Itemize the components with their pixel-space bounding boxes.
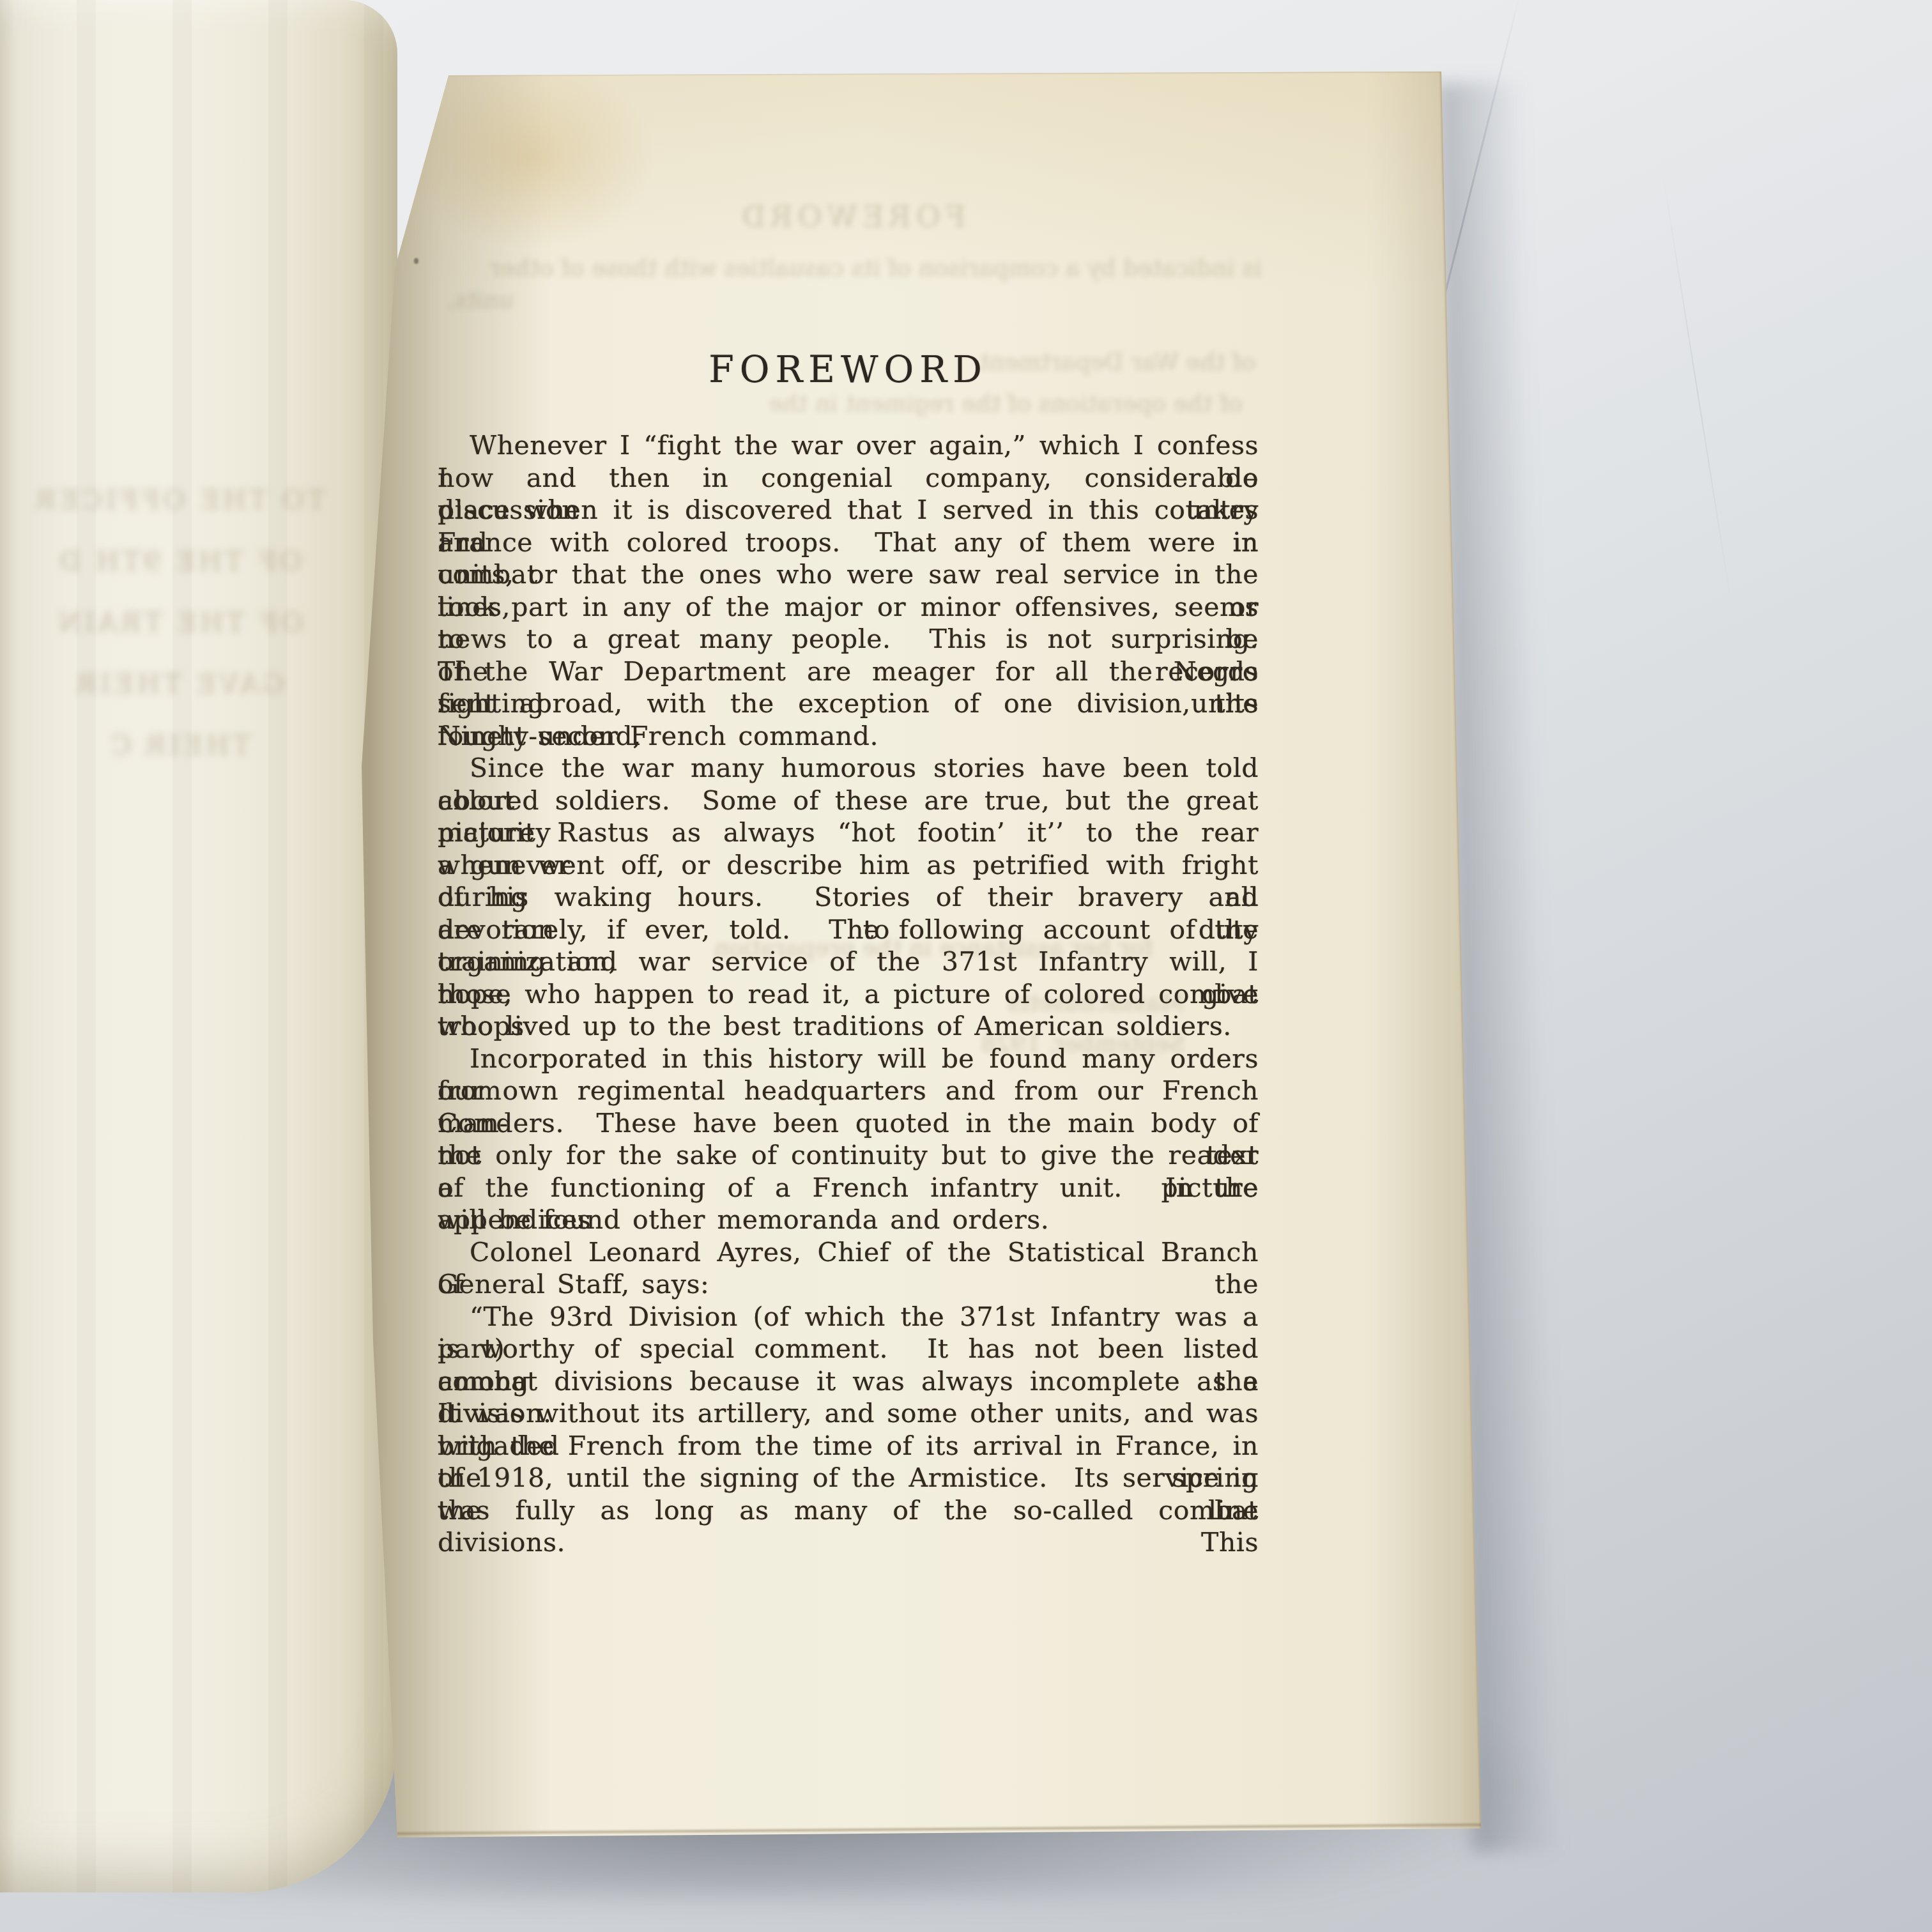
body-line: of 1918, until the signing of the Armist… — [438, 1462, 1259, 1494]
paragraph: Colonel Leonard Ayres, Chief of the Stat… — [438, 1236, 1259, 1301]
body-line: took part in any of the major or minor o… — [438, 591, 1259, 624]
left-page-stack: TO THE OFFICER OF THE 9TH D OF THE TRAIN… — [0, 0, 397, 1892]
body-line: is worthy of special comment. It has not… — [438, 1333, 1259, 1365]
ghost-line: TO THE OFFICER — [13, 470, 345, 531]
ghost-line: OF THE TRAIN — [13, 592, 345, 654]
paper-speck — [414, 258, 418, 264]
body-line: colored soldiers. Some of these are true… — [438, 785, 1259, 817]
ghost-line: THEIR C — [13, 715, 345, 776]
ghost-heading: FOREWORD — [422, 199, 1281, 234]
ghost-line: GAVE THEIR — [13, 654, 345, 715]
book-photo: TO THE OFFICER OF THE 9TH D OF THE TRAIN… — [0, 0, 1932, 1932]
body-line: Colonel Leonard Ayres, Chief of the Stat… — [438, 1236, 1259, 1269]
ghost-line: OF THE 9TH D — [13, 531, 345, 592]
ghost-dedication-text: TO THE OFFICER OF THE 9TH D OF THE TRAIN… — [13, 470, 345, 776]
body-line: now and then in congenial company, consi… — [438, 462, 1259, 494]
body-line: combat divisions because it was always i… — [438, 1365, 1259, 1398]
body-line: It was without its artillery, and some o… — [438, 1397, 1259, 1430]
body-line: who lived up to the best traditions of A… — [438, 1010, 1259, 1043]
body-line: not only for the sake of continuity but … — [438, 1139, 1259, 1172]
body-line: Incorporated in this history will be fou… — [438, 1043, 1259, 1075]
body-line: sent abroad, with the exception of one d… — [438, 687, 1259, 720]
paragraph: Incorporated in this history will be fou… — [438, 1043, 1259, 1236]
ghost-line: is indicated by a comparison of its casu… — [489, 254, 1262, 282]
body-line: of his waking hours. Stories of their br… — [438, 881, 1259, 914]
body-line: news to a great many people. This is not… — [438, 623, 1259, 655]
body-line: picture Rastus as always “hot footin’ it… — [438, 816, 1259, 849]
body-line: are rarely, if ever, told. The following… — [438, 914, 1259, 946]
paragraph: Whenever I “fight the war over again,” w… — [438, 429, 1259, 752]
body-line: was fully as long as many of the so-call… — [438, 1494, 1259, 1527]
background-scratch — [1661, 166, 1735, 620]
body-line: with the French from the time of its arr… — [438, 1430, 1259, 1462]
body-line: training and war service of the 371st In… — [438, 946, 1259, 978]
foreword-text: Whenever I “fight the war over again,” w… — [438, 429, 1259, 1526]
body-line: fought under French command. — [438, 720, 1259, 753]
page-heading: FOREWORD — [438, 349, 1259, 391]
ghost-line: units. — [447, 286, 514, 314]
body-line: place when it is discovered that I serve… — [438, 494, 1259, 526]
body-line: Whenever I “fight the war over again,” w… — [438, 429, 1259, 462]
body-line: Since the war many humorous stories have… — [438, 752, 1259, 785]
ghost-line: of the operations of the regiment in the — [769, 390, 1243, 417]
body-line: France with colored troops. That any of … — [438, 526, 1259, 559]
body-line: of the War Department are meager for all… — [438, 655, 1259, 688]
body-line: of the functioning of a French infantry … — [438, 1172, 1259, 1204]
body-line: our own regimental headquarters and from… — [438, 1075, 1259, 1107]
body-line: “The 93rd Division (of which the 371st I… — [438, 1301, 1259, 1333]
body-line: units, or that the ones who were saw rea… — [438, 558, 1259, 591]
paragraph: Since the war many humorous stories have… — [438, 752, 1259, 1043]
body-line: a gun went off, or describe him as petri… — [438, 849, 1259, 882]
body-line: those who happen to read it, a picture o… — [438, 978, 1259, 1011]
body-line: will be found other memoranda and orders… — [438, 1204, 1259, 1236]
body-line: manders. These have been quoted in the m… — [438, 1107, 1259, 1140]
paragraph: “The 93rd Division (of which the 371st I… — [438, 1301, 1259, 1527]
